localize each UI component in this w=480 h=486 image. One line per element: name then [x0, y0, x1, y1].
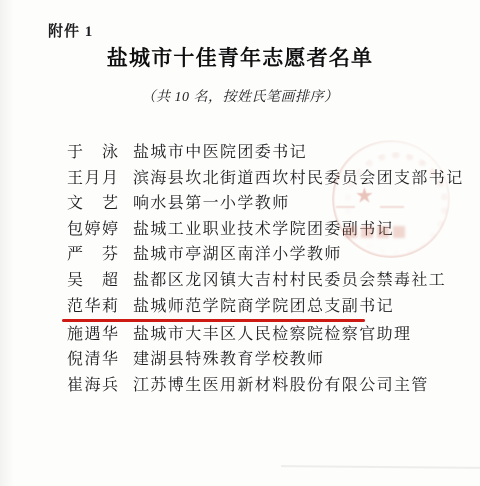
- volunteer-affiliation: 盐城市大丰区人民检察院检察官助理: [133, 322, 411, 348]
- volunteer-name: 文 艺: [67, 191, 123, 217]
- volunteer-affiliation: 盐城市中医院团委书记: [133, 140, 307, 166]
- volunteer-affiliation: 建湖县特殊教育学校教师: [133, 347, 324, 373]
- page-subtitle: （共 10 名，按姓氏笔画排序）: [0, 86, 480, 106]
- volunteer-name: 于 泳: [67, 140, 123, 166]
- list-item: 包婷婷 盐城工业职业技术学院团委副书记: [67, 217, 464, 243]
- volunteer-affiliation: 盐都区龙冈镇大吉村村民委员会禁毒社工: [133, 268, 446, 294]
- list-item: 倪清华 建湖县特殊教育学校教师: [67, 347, 464, 373]
- attachment-label: 附件 1: [48, 20, 93, 41]
- list-item: 文 艺 响水县第一小学教师: [67, 191, 464, 217]
- scan-artifact-line: [281, 465, 480, 468]
- volunteer-affiliation: 盐城工业职业技术学院团委副书记: [133, 217, 394, 243]
- volunteer-name: 吴 超: [67, 268, 123, 294]
- volunteer-list: 于 泳 盐城市中医院团委书记 王月月 滨海县坎北街道西坎村民委员会团支部书记 文…: [67, 140, 464, 398]
- volunteer-affiliation: 响水县第一小学教师: [133, 191, 290, 217]
- list-item: 施遇华 盐城市大丰区人民检察院检察官助理: [67, 322, 464, 348]
- volunteer-affiliation: 盐城市亭湖区南洋小学教师: [133, 242, 342, 268]
- volunteer-name: 崔海兵: [67, 373, 123, 399]
- volunteer-name: 倪清华: [67, 347, 123, 373]
- list-item: 王月月 滨海县坎北街道西坎村民委员会团支部书记: [67, 166, 464, 192]
- list-item: 于 泳 盐城市中医院团委书记: [67, 140, 464, 166]
- volunteer-name: 范华莉: [67, 294, 123, 320]
- volunteer-name: 严 芬: [67, 242, 123, 268]
- volunteer-affiliation: 滨海县坎北街道西坎村民委员会团支部书记: [133, 166, 464, 192]
- page-title: 盐城市十佳青年志愿者名单: [0, 42, 480, 72]
- volunteer-affiliation: 盐城师范学院商学院团总支副书记: [133, 294, 394, 320]
- volunteer-name: 施遇华: [67, 322, 123, 348]
- volunteer-affiliation: 江苏博生医用新材料股份有限公司主管: [133, 373, 429, 399]
- list-item: 范华莉 盐城师范学院商学院团总支副书记: [67, 294, 464, 320]
- volunteer-name: 包婷婷: [67, 217, 123, 243]
- list-item: 崔海兵 江苏博生医用新材料股份有限公司主管: [67, 373, 464, 399]
- document-page: 附件 1 盐城市十佳青年志愿者名单 （共 10 名，按姓氏笔画排序） 于 泳 盐…: [0, 0, 480, 486]
- list-item: 严 芬 盐城市亭湖区南洋小学教师: [67, 242, 464, 268]
- list-item: 吴 超 盐都区龙冈镇大吉村村民委员会禁毒社工: [67, 268, 464, 294]
- volunteer-name: 王月月: [67, 166, 123, 192]
